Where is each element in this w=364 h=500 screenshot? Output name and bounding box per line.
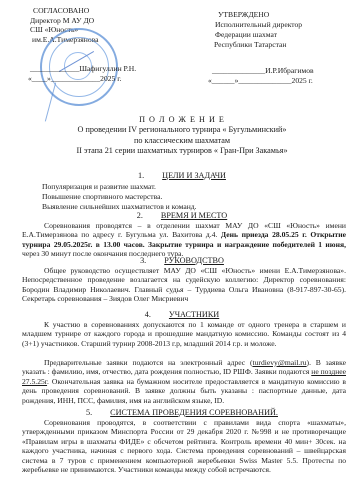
approval-left-heading: СОГЛАСОВАНО (33, 6, 89, 15)
goal-item: Повышение спортивного мастерства. (42, 192, 364, 201)
approval-right-heading: УТВЕРЖДЕНО (218, 10, 269, 19)
approval-right-line2: Федерации шахмат (215, 30, 277, 39)
title-line1: О проведении IV регионального турнира « … (0, 124, 364, 135)
approval-left-date: «____»_____________2025 г. (28, 74, 121, 83)
goal-item: Популяризация и развитие шахмат. (42, 182, 364, 191)
management-paragraph: Общее руководство осуществляет МАУ ДО «С… (22, 266, 346, 304)
approval-right-signature: ______________И.Р.Ибрагимов (212, 66, 314, 75)
email-link[interactable]: turdievy@mail.ru (253, 358, 307, 367)
applications-paragraph: Предварительные заявки подаются на элект… (22, 358, 346, 405)
time-place-paragraph: Соревнования проводятся – в отделении ша… (22, 221, 346, 259)
section-heading-system: 5.СИСТЕМА ПРОВЕДЕНИЯ СОРЕВНОВАНИЙ. (0, 408, 364, 418)
approval-right-line1: Исполнительный директор (215, 20, 302, 29)
approval-right-date: «______»______________2025 г. (208, 76, 313, 85)
participants-paragraph: К участию в соревнованиях допускаются по… (22, 320, 346, 348)
approval-left-signature: _____________Шафигуллин Р.Н. (30, 64, 136, 73)
section-heading-participants: 4.УЧАСТНИКИ (0, 310, 364, 320)
goal-item: Выявление сильнейших шахматистов и коман… (42, 202, 364, 211)
title-line3: II этапа 21 серии шахматных турниров « Г… (0, 145, 364, 156)
approval-left-line1: Директор М АУ ДО (30, 16, 94, 25)
section-heading-goals: 1.ЦЕЛИ И ЗАДАЧИ (0, 171, 364, 181)
section-heading-time-place: 2.ВРЕМЯ И МЕСТО (0, 211, 364, 221)
section-heading-management: 3.РУКОВОДСТВО (0, 256, 364, 266)
system-paragraph: Соревнования проводятся, в соответствии … (22, 418, 346, 474)
approval-right-line3: Республики Татарстан (214, 40, 286, 49)
